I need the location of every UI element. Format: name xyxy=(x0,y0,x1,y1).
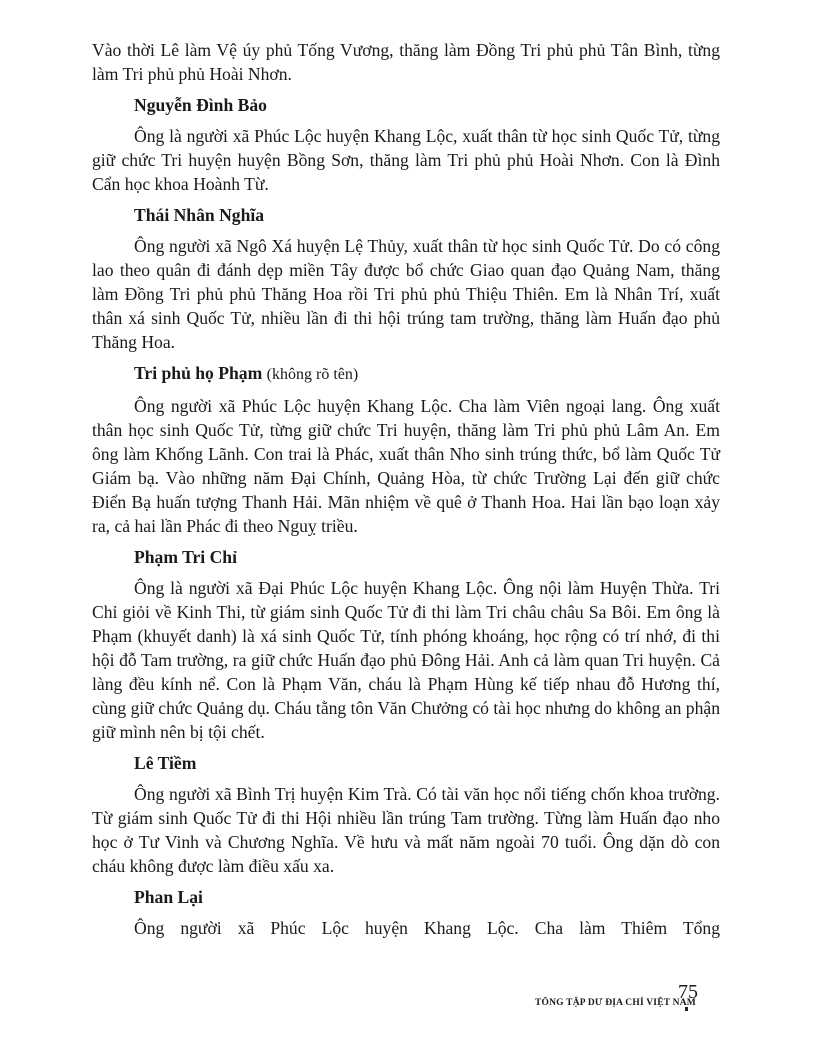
entry-heading: Nguyễn Đình Bảo xyxy=(92,93,720,117)
entry-heading: Phạm Tri Chỉ xyxy=(92,545,720,569)
entry-text: Ông người xã Ngô Xá huyện Lệ Thủy, xuất … xyxy=(92,234,720,354)
entry-heading: Tri phủ họ Phạm (không rõ tên) xyxy=(92,361,720,387)
entry-text: Ông là người xã Đại Phúc Lộc huyện Khang… xyxy=(92,576,720,744)
entry-text: Ông người xã Bình Trị huyện Kim Trà. Có … xyxy=(92,782,720,878)
entry-text: Ông là người xã Phúc Lộc huyện Khang Lộc… xyxy=(92,124,720,196)
page-body: Vào thời Lê làm Vệ úy phủ Tống Vương, th… xyxy=(92,38,720,940)
entry-name: Phan Lại xyxy=(134,887,203,907)
entry-name: Thái Nhân Nghĩa xyxy=(134,205,264,225)
entry-name: Lê Tiềm xyxy=(134,753,196,773)
entry-name: Phạm Tri Chỉ xyxy=(134,547,237,567)
entry-heading: Phan Lại xyxy=(92,885,720,909)
entry-text: Ông người xã Phúc Lộc huyện Khang Lộc. C… xyxy=(92,916,720,940)
intro-paragraph: Vào thời Lê làm Vệ úy phủ Tống Vương, th… xyxy=(92,38,720,86)
book-title: TỔNG TẬP DƯ ĐỊA CHÍ VIỆT NAM xyxy=(535,998,696,1008)
entry-name: Nguyễn Đình Bảo xyxy=(134,95,267,115)
entry-name: Tri phủ họ Phạm xyxy=(134,363,262,383)
page-number: 75 xyxy=(678,981,698,1004)
entry-text: Ông người xã Phúc Lộc huyện Khang Lộc. C… xyxy=(92,394,720,538)
entry-note: (không rõ tên) xyxy=(267,366,359,383)
entry-heading: Thái Nhân Nghĩa xyxy=(92,203,720,227)
entry-heading: Lê Tiềm xyxy=(92,751,720,775)
footer-mark xyxy=(685,1007,688,1011)
page-footer: TỔNG TẬP DƯ ĐỊA CHÍ VIỆT NAM 75 xyxy=(535,985,735,1015)
